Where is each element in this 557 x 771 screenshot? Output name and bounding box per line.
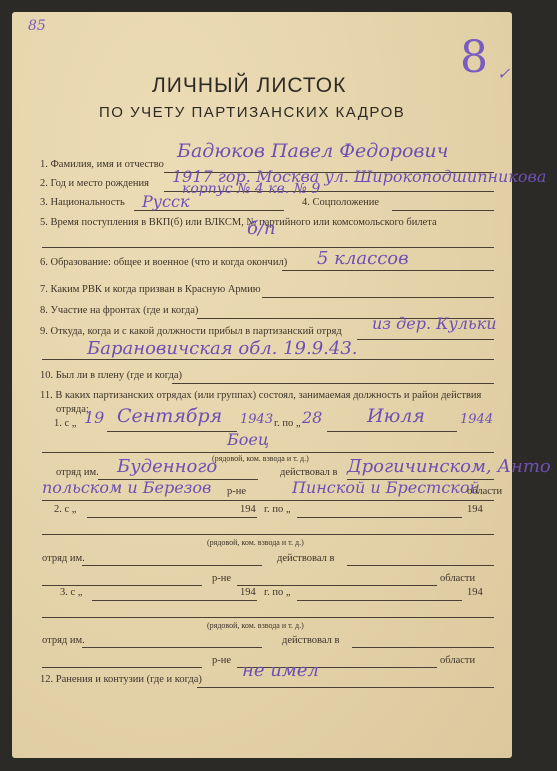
label-name: 1. Фамилия, имя и отчество [40,159,164,170]
unit3-detachment-label: отряд им. [42,635,85,646]
check-mark-icon: ✓ [497,64,510,83]
unit1-day-to: 28 [302,408,322,427]
page-subtitle: ПО УЧЕТУ ПАРТИЗАНСКИХ КАДРОВ [99,104,405,121]
value-name: Бадюков Павел Федорович [177,140,449,162]
value-wounds: не имел [242,660,319,681]
value-arrival: из дер. Кульки [372,314,497,333]
unit1-to-label: г. по „ [274,418,301,429]
unit1-district-label: р-не [227,486,246,497]
page-title: ЛИЧНЫЙ ЛИСТОК [152,74,346,98]
unit1-year-to: 1944 [460,412,493,427]
unit2-detachment-label: отряд им. [42,553,85,564]
unit1-detachment: Буденного [117,456,217,477]
value-arrival-2: Барановичская обл. 19.9.43. [87,338,358,359]
unit1-year-from: 1943 [240,412,273,427]
unit2-position-hint: (рядовой, ком. взвода и т. д.) [207,538,304,547]
unit2-oblast-label: области [440,573,475,584]
label-education: 6. Образование: общее и военное (что и к… [40,257,287,268]
unit3-acted-label: действовал в [282,635,339,646]
value-education: 5 классов [317,248,409,269]
unit3-year-to: 194 [467,587,483,598]
sheet-number: 85 [28,18,46,34]
label-social: 4. Соцположение [302,197,379,208]
unit2-year-to: 194 [467,504,483,515]
label-fronts: 8. Участие на фронтах (где и когда) [40,305,198,316]
unit1-month-from: Сентября [117,405,222,427]
label-party: 5. Время поступления в ВКП(б) или ВЛКСМ,… [40,217,437,228]
value-birth-2: корпус № 4 кв. № 9 [182,181,320,197]
unit2-to-label: г. по „ [264,504,291,515]
unit2-num: 2. с „ [54,504,76,515]
label-nationality: 3. Национальность [40,197,125,208]
label-captivity: 10. Был ли в плену (где и когда) [40,370,182,381]
label-units: 11. В каких партизанских отрядах (или гр… [40,390,481,401]
value-nationality: Русск [142,192,190,211]
value-party: б/п [247,218,276,239]
unit1-month-to: Июля [367,405,425,427]
label-birth: 2. Год и место рождения [40,178,149,189]
unit3-position-hint: (рядовой, ком. взвода и т. д.) [207,621,304,630]
unit3-oblast-label: области [440,655,475,666]
corner-mark: 8 [460,32,488,83]
unit1-oblast: Пинской и Брестской [292,478,480,497]
unit2-district-label: р-не [212,573,231,584]
unit1-acted-in: Дрогичинском, Анто [347,456,551,477]
unit2-acted-label: действовал в [277,553,334,564]
unit1-position: Боец [227,430,269,449]
unit1-acted-label: действовал в [280,467,337,478]
unit1-position-hint: (рядовой, ком. взвода и т. д.) [212,454,309,463]
unit1-detachment-label: отряд им. [56,467,99,478]
unit3-district-label: р-не [212,655,231,666]
unit1-num: 1. с „ [54,418,76,429]
unit3-year-from: 194 [240,587,256,598]
label-conscription: 7. Каким РВК и когда призван в Красную А… [40,284,261,295]
unit1-oblast-label: области [467,486,502,497]
unit3-num: 3. с „ [60,587,82,598]
unit2-year-from: 194 [240,504,256,515]
document-sheet: 85 8 ✓ ЛИЧНЫЙ ЛИСТОК ПО УЧЕТУ ПАРТИЗАНСК… [12,12,512,758]
unit3-to-label: г. по „ [264,587,291,598]
unit1-day-from: 19 [84,408,104,427]
unit1-district: польском и Березов [42,478,211,497]
label-arrival: 9. Откуда, когда и с какой должности при… [40,326,342,337]
label-wounds: 12. Ранения и контузии (где и когда) [40,674,202,685]
